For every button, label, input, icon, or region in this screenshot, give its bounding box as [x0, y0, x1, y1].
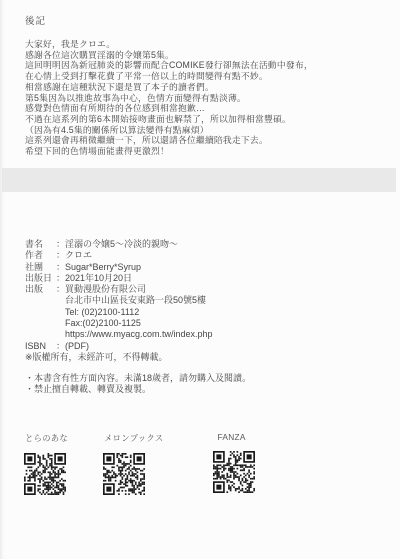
afterword-line: 不過在這系列的第6本開始接吻畫面也解禁了，所以加得相當豐碩。 — [25, 114, 313, 125]
qr-label: とらのあな — [24, 432, 68, 444]
afterword-line: 相當感謝在這種狀況下還是買了本子的讀者們。 — [25, 82, 313, 93]
qr-label: メロンブックス — [103, 432, 164, 444]
qr-item-melonbooks: メロンブックス — [103, 432, 164, 495]
qr-label: FANZA — [213, 432, 255, 442]
afterword-line: 希望下回的色情場面能畫得更激烈！ — [25, 146, 313, 157]
publisher-tel: Tel: (02)2100-1112 — [65, 307, 213, 318]
scanned-afterword-page: 後記 大家好，我是クロエ。 感謝各位這次購買淫溺的令嬢第5集。 這回明明因為新冠… — [0, 0, 400, 559]
afterword-line: 這回明明因為新冠肺炎的影響而配合COMIKE發行卻無法在活動中發布， — [25, 60, 313, 71]
page-edge-shade — [0, 0, 4, 559]
author-name: クロエ — [65, 250, 92, 261]
colophon-row-circle: 社團：Sugar*Berry*Syrup — [25, 262, 213, 273]
afterword-line: 第5集因為以推進故事為中心，色情方面變得有點淡薄。 — [25, 93, 313, 104]
book-title: 淫溺の令嬢5～冷淡的親吻～ — [65, 239, 178, 250]
afterword-line: 感覺對色情面有所期待的各位感到相當抱歉… — [25, 103, 313, 114]
qr-item-toranoana: とらのあな — [24, 432, 68, 495]
qr-code-icon — [213, 451, 255, 493]
afterword-line: 在心情上受到打擊花費了平常一倍以上的時間變得有點不妙。 — [25, 71, 313, 82]
colophon-row-title: 書名：淫溺の令嬢5～冷淡的親吻～ — [25, 239, 213, 250]
qr-code-icon — [24, 453, 66, 495]
section-divider-band — [2, 168, 396, 192]
warning-line: ・本書含有性方面內容。未滿18歲者，請勿購入及閱讀。 — [25, 373, 251, 384]
publisher-name: 買動漫股份有限公司 — [65, 284, 146, 295]
colophon-row-pubdate: 出版日：2021年10月20日 — [25, 273, 213, 284]
colophon-row-isbn: ISBN：(PDF) — [25, 341, 213, 352]
circle-name: Sugar*Berry*Syrup — [65, 262, 141, 273]
afterword-line: （因為有4.5集的關係所以算法變得有點麻煩） — [25, 125, 313, 136]
qr-item-fanza: FANZA — [213, 432, 255, 493]
publisher-url: https://www.myacg.com.tw/index.php — [65, 329, 213, 340]
colophon-block: 書名：淫溺の令嬢5～冷淡的親吻～ 作者：クロエ 社團：Sugar*Berry*S… — [25, 239, 213, 363]
isbn-value: (PDF) — [65, 341, 89, 352]
copyright-note: ※版權所有，未經許可，不得轉載。 — [25, 352, 213, 363]
warning-line: ・禁止擅自轉載、轉賣及複製。 — [25, 384, 251, 395]
warning-block: ・本書含有性方面內容。未滿18歲者，請勿購入及閱讀。 ・禁止擅自轉載、轉賣及複製… — [25, 373, 251, 396]
publish-date: 2021年10月20日 — [65, 273, 132, 284]
colophon-row-publisher: 出版：買動漫股份有限公司 — [25, 284, 213, 295]
publisher-address: 台北市中山區長安東路一段50號5樓 — [65, 295, 213, 306]
colophon-row-author: 作者：クロエ — [25, 250, 213, 261]
publisher-fax: Fax:(02)2100-1125 — [65, 318, 213, 329]
shop-qr-row: とらのあな メロンブックス FANZA — [24, 432, 255, 495]
afterword-line: 大家好，我是クロエ。 — [25, 39, 313, 50]
qr-code-icon — [103, 453, 145, 495]
page-title: 後記 — [25, 13, 46, 27]
afterword-line: 這系列還會再稍微繼續一下，所以還請各位繼續陪我走下去。 — [25, 135, 313, 146]
afterword-text: 大家好，我是クロエ。 感謝各位這次購買淫溺的令嬢第5集。 這回明明因為新冠肺炎的… — [25, 39, 313, 157]
afterword-line: 感謝各位這次購買淫溺的令嬢第5集。 — [25, 50, 313, 61]
